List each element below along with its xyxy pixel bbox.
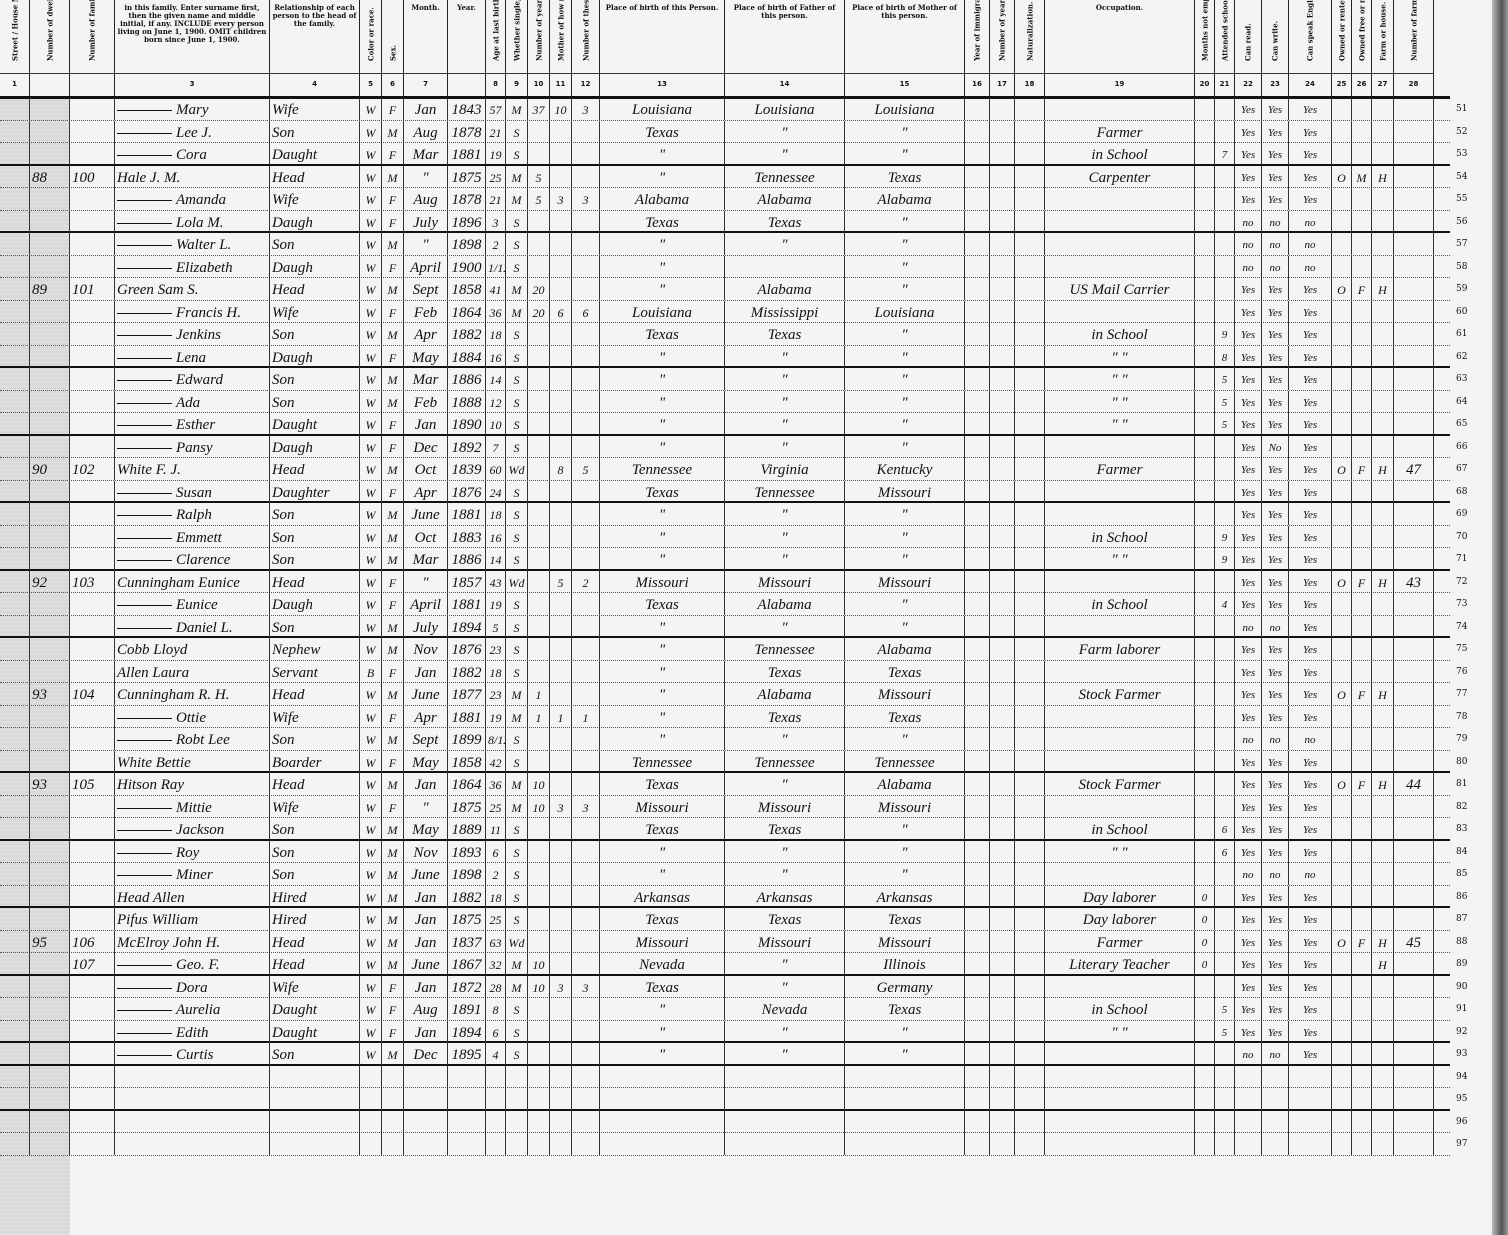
cell-yrsus [990, 976, 1015, 998]
cell-free [1352, 1066, 1372, 1088]
cell-eng: Yes [1289, 593, 1332, 615]
census-row: Lee J.SonWMAug187821STexas""FarmerYesYes… [0, 121, 1450, 144]
cell-fpob: " [725, 413, 845, 435]
cell-name: Lena [115, 346, 270, 368]
cell-age: 32 [486, 953, 506, 975]
cell-sex: F [382, 188, 404, 210]
column-header-label: Number of family, in t [88, 0, 97, 61]
cell-write: Yes [1262, 346, 1289, 368]
cell-occ: in School [1045, 998, 1195, 1020]
cell-year: 1898 [448, 863, 486, 885]
column-header-21: Attended school (in mo21 [1215, 0, 1235, 96]
cell-write: Yes [1262, 998, 1289, 1020]
cell-dwell [30, 998, 70, 1020]
cell-rel [270, 1066, 360, 1088]
cell-mpob [845, 1088, 965, 1110]
cell-fam [70, 301, 115, 323]
given-name: Curtis [176, 1047, 214, 1063]
cell-read: no [1235, 1043, 1262, 1065]
cell-own [1332, 98, 1352, 120]
cell-farm [1372, 796, 1394, 818]
cell-sex [382, 1066, 404, 1088]
cell-rel: Head [270, 931, 360, 953]
cell-sex: M [382, 323, 404, 345]
cell-sched [1394, 818, 1434, 840]
cell-yrsm [528, 571, 550, 593]
cell-free [1352, 998, 1372, 1020]
cell-street [0, 908, 30, 930]
cell-sched [1394, 863, 1434, 885]
cell-name: Ralph [115, 503, 270, 525]
cell-marital: S [506, 886, 528, 908]
cell-rel: Son [270, 1043, 360, 1065]
cell-mother [550, 616, 572, 638]
cell-rel: Daught [270, 998, 360, 1020]
cell-yrsus [990, 796, 1015, 818]
cell-notemp [1195, 728, 1215, 750]
cell-marital: S [506, 368, 528, 390]
column-header-label: Attended school (in mo [1220, 0, 1229, 61]
line-number: 77 [1456, 683, 1486, 705]
surname: Cunningham [117, 575, 198, 591]
cell-free [1352, 98, 1372, 120]
cell-farm [1372, 706, 1394, 728]
cell-dwell [30, 1088, 70, 1110]
cell-sched [1394, 593, 1434, 615]
given-name: Cora [176, 147, 207, 163]
cell-own [1332, 953, 1352, 975]
cell-own [1332, 998, 1352, 1020]
cell-living [572, 526, 600, 548]
cell-nat [1015, 1066, 1045, 1088]
cell-marital: Wd [506, 931, 528, 953]
cell-street [0, 526, 30, 548]
cell-yrsm [528, 256, 550, 278]
cell-living: 3 [572, 796, 600, 818]
cell-yrsus [990, 638, 1015, 660]
cell-notemp [1195, 391, 1215, 413]
census-row: CurtisSonWMDec18954S"""nonoYes93 [0, 1043, 1450, 1066]
given-name: Geo. F. [176, 957, 219, 973]
cell-yrsus [990, 953, 1015, 975]
cell-occ: " " [1045, 413, 1195, 435]
cell-farm [1372, 863, 1394, 885]
census-row: ClarenceSonWMMar188614S"""" "9YesYesYes7… [0, 548, 1450, 571]
cell-pob: Missouri [600, 571, 725, 593]
cell-eng: Yes [1289, 886, 1332, 908]
cell-mother [550, 526, 572, 548]
cell-age: 25 [486, 166, 506, 188]
cell-fpob: Louisiana [725, 98, 845, 120]
cell-notemp [1195, 571, 1215, 593]
census-row: EstherDaughtWFJan189010S"""" "5YesYesYes… [0, 413, 1450, 436]
cell-mpob: " [845, 1043, 965, 1065]
given-name: Lena [176, 350, 206, 366]
surname-ditto-dash [117, 740, 172, 741]
cell-rel: Daugh [270, 211, 360, 233]
column-header-label: Relationship of each person to the head … [272, 4, 357, 28]
cell-occ [1045, 188, 1195, 210]
cell-age: 2 [486, 233, 506, 255]
cell-race: W [360, 751, 382, 773]
line-number: 79 [1456, 728, 1486, 750]
census-row: 94 [0, 1066, 1450, 1089]
cell-street [0, 886, 30, 908]
cell-sex: F [382, 346, 404, 368]
column-header-label: Age at last birthday. [491, 0, 500, 61]
cell-fam [70, 863, 115, 885]
cell-sex: M [382, 773, 404, 795]
cell-read: Yes [1235, 548, 1262, 570]
cell-name: Cunningham R. H. [115, 683, 270, 705]
cell-mpob: " [845, 346, 965, 368]
cell-race: W [360, 458, 382, 480]
cell-nat [1015, 301, 1045, 323]
cell-fpob: " [725, 391, 845, 413]
cell-month: Nov [404, 638, 448, 660]
cell-dwell [30, 233, 70, 255]
cell-mpob [845, 1066, 965, 1088]
cell-marital: S [506, 211, 528, 233]
cell-marital: S [506, 751, 528, 773]
cell-sched [1394, 683, 1434, 705]
column-number: 5 [360, 73, 381, 92]
cell-fpob: Missouri [725, 571, 845, 593]
cell-own [1332, 301, 1352, 323]
cell-age: 41 [486, 278, 506, 300]
cell-race: W [360, 998, 382, 1020]
cell-rel: Daught [270, 143, 360, 165]
cell-eng: Yes [1289, 818, 1332, 840]
cell-nat [1015, 278, 1045, 300]
cell-living: 3 [572, 98, 600, 120]
cell-fam [70, 256, 115, 278]
cell-age: 23 [486, 683, 506, 705]
cell-fpob: Texas [725, 211, 845, 233]
cell-school [1215, 616, 1235, 638]
cell-eng: Yes [1289, 121, 1332, 143]
column-header-dwell: Number of dwelling hou [30, 0, 70, 96]
cell-mpob: Missouri [845, 931, 965, 953]
cell-name: Edith [115, 1021, 270, 1043]
cell-dwell [30, 751, 70, 773]
cell-school [1215, 256, 1235, 278]
cell-marital [506, 1088, 528, 1110]
cell-imm [965, 188, 990, 210]
cell-sched [1394, 301, 1434, 323]
cell-fam [70, 503, 115, 525]
cell-sched [1394, 188, 1434, 210]
cell-fam: 106 [70, 931, 115, 953]
cell-name: Roy [115, 841, 270, 863]
cell-name: Esther [115, 413, 270, 435]
cell-mpob: Missouri [845, 683, 965, 705]
surname: Green [117, 282, 158, 298]
cell-sex: M [382, 953, 404, 975]
cell-farm [1372, 1111, 1394, 1133]
cell-write: Yes [1262, 976, 1289, 998]
cell-rel: Head [270, 571, 360, 593]
cell-occ: " " [1045, 391, 1195, 413]
cell-marital: S [506, 863, 528, 885]
cell-sched [1394, 121, 1434, 143]
cell-fpob: " [725, 548, 845, 570]
surname-ditto-dash [117, 448, 172, 449]
cell-marital: S [506, 323, 528, 345]
cell-school [1215, 436, 1235, 458]
cell-marital: M [506, 796, 528, 818]
cell-sched [1394, 976, 1434, 998]
cell-sex: F [382, 436, 404, 458]
line-number: 91 [1456, 998, 1486, 1020]
cell-fpob: Texas [725, 706, 845, 728]
cell-read: Yes [1235, 526, 1262, 548]
cell-street [0, 346, 30, 368]
cell-notemp [1195, 706, 1215, 728]
cell-street [0, 571, 30, 593]
cell-yrsm [528, 998, 550, 1020]
cell-write: no [1262, 616, 1289, 638]
cell-yrsus [990, 256, 1015, 278]
cell-sched [1394, 211, 1434, 233]
cell-race: W [360, 683, 382, 705]
cell-living [572, 683, 600, 705]
cell-rel: Daught [270, 1021, 360, 1043]
cell-own [1332, 886, 1352, 908]
cell-yrsm: 20 [528, 278, 550, 300]
column-header-22: Can read.22 [1235, 0, 1262, 96]
cell-year: 1876 [448, 638, 486, 660]
cell-street [0, 976, 30, 998]
cell-occ: in School [1045, 593, 1195, 615]
cell-rel: Head [270, 278, 360, 300]
cell-notemp [1195, 188, 1215, 210]
cell-own [1332, 413, 1352, 435]
cell-yrsus [990, 436, 1015, 458]
cell-nat [1015, 346, 1045, 368]
cell-fam [70, 143, 115, 165]
cell-farm [1372, 638, 1394, 660]
line-number: 76 [1456, 661, 1486, 683]
column-number: 18 [1015, 73, 1044, 92]
given-name: Pansy [176, 440, 213, 456]
cell-marital: S [506, 413, 528, 435]
cell-mother: 8 [550, 458, 572, 480]
cell-school [1215, 976, 1235, 998]
cell-nat [1015, 436, 1045, 458]
cell-street [0, 98, 30, 120]
cell-write: Yes [1262, 661, 1289, 683]
cell-dwell [30, 211, 70, 233]
cell-street [0, 661, 30, 683]
column-header-14: Place of birth of Father of this person.… [725, 0, 845, 96]
cell-living [572, 166, 600, 188]
cell-eng: Yes [1289, 638, 1332, 660]
cell-age: 60 [486, 458, 506, 480]
cell-notemp [1195, 1021, 1215, 1043]
census-row: AmandaWifeWFAug187821M533AlabamaAlabamaA… [0, 188, 1450, 211]
cell-pob: Texas [600, 121, 725, 143]
given-name: Mary [176, 102, 209, 118]
cell-age: 12 [486, 391, 506, 413]
column-number: 11 [550, 73, 571, 92]
cell-write: Yes [1262, 481, 1289, 503]
cell-rel: Son [270, 548, 360, 570]
cell-write [1262, 1088, 1289, 1110]
column-number: 25 [1332, 73, 1351, 92]
cell-occ [1045, 256, 1195, 278]
cell-write: Yes [1262, 368, 1289, 390]
cell-mpob: Arkansas [845, 886, 965, 908]
cell-mpob: Germany [845, 976, 965, 998]
cell-month: Dec [404, 436, 448, 458]
cell-read: Yes [1235, 503, 1262, 525]
line-number: 85 [1456, 863, 1486, 885]
cell-eng [1289, 1088, 1332, 1110]
cell-name: Jackson [115, 818, 270, 840]
cell-yrsus [990, 571, 1015, 593]
cell-yrsm [528, 233, 550, 255]
given-name: Eunice [176, 597, 218, 613]
cell-imm [965, 278, 990, 300]
cell-mother: 1 [550, 706, 572, 728]
cell-imm [965, 728, 990, 750]
cell-read [1235, 1111, 1262, 1133]
cell-own [1332, 1133, 1352, 1155]
cell-mother: 3 [550, 976, 572, 998]
cell-mother [550, 751, 572, 773]
cell-occ: Farm laborer [1045, 638, 1195, 660]
cell-dwell [30, 436, 70, 458]
cell-pob: " [600, 841, 725, 863]
cell-dwell [30, 886, 70, 908]
cell-write: Yes [1262, 413, 1289, 435]
cell-occ [1045, 301, 1195, 323]
cell-rel: Son [270, 863, 360, 885]
column-number: 7 [404, 73, 447, 92]
cell-month: Jan [404, 661, 448, 683]
cell-imm [965, 953, 990, 975]
cell-month: Oct [404, 458, 448, 480]
cell-fam [70, 908, 115, 930]
cell-read: Yes [1235, 593, 1262, 615]
cell-imm [965, 323, 990, 345]
cell-fpob: Tennessee [725, 638, 845, 660]
cell-mpob: Alabama [845, 638, 965, 660]
cell-eng: Yes [1289, 413, 1332, 435]
cell-imm [965, 706, 990, 728]
cell-nat [1015, 841, 1045, 863]
cell-month: Jan [404, 976, 448, 998]
cell-marital: M [506, 953, 528, 975]
cell-mother [550, 346, 572, 368]
cell-age: 19 [486, 706, 506, 728]
cell-own [1332, 706, 1352, 728]
cell-yrsus [990, 233, 1015, 255]
cell-name: Hitson Ray [115, 773, 270, 795]
cell-sched [1394, 706, 1434, 728]
cell-yrsm: 10 [528, 953, 550, 975]
given-name: Laura [152, 665, 189, 681]
column-header-band: Street / House Number1Number of dwelling… [0, 0, 1450, 99]
cell-race: W [360, 818, 382, 840]
line-number: 54 [1456, 166, 1486, 188]
cell-rel [270, 1088, 360, 1110]
cell-free [1352, 526, 1372, 548]
cell-pob [600, 1088, 725, 1110]
cell-street [0, 301, 30, 323]
cell-fpob [725, 1066, 845, 1088]
cell-free [1352, 1088, 1372, 1110]
cell-write: Yes [1262, 143, 1289, 165]
cell-mpob: " [845, 436, 965, 458]
cell-own [1332, 233, 1352, 255]
cell-race: W [360, 796, 382, 818]
given-name: R. H. [198, 687, 229, 703]
cell-sched: 43 [1394, 571, 1434, 593]
given-name: Lee J. [176, 125, 212, 141]
cell-sched [1394, 323, 1434, 345]
cell-eng: Yes [1289, 841, 1332, 863]
cell-sex: M [382, 166, 404, 188]
cell-write: Yes [1262, 548, 1289, 570]
cell-name: Clarence [115, 548, 270, 570]
line-number: 63 [1456, 368, 1486, 390]
cell-notemp [1195, 841, 1215, 863]
cell-mother [550, 661, 572, 683]
cell-farm [1372, 323, 1394, 345]
cell-read: Yes [1235, 346, 1262, 368]
cell-yrsus [990, 323, 1015, 345]
cell-own [1332, 751, 1352, 773]
cell-write: Yes [1262, 301, 1289, 323]
surname-ditto-dash [117, 133, 172, 134]
cell-rel: Hired [270, 886, 360, 908]
cell-living [572, 886, 600, 908]
cell-imm [965, 931, 990, 953]
cell-eng: Yes [1289, 908, 1332, 930]
cell-farm [1372, 908, 1394, 930]
cell-nat [1015, 1133, 1045, 1155]
cell-sched [1394, 436, 1434, 458]
cell-imm [965, 773, 990, 795]
cell-farm [1372, 391, 1394, 413]
cell-age: 18 [486, 886, 506, 908]
cell-sched [1394, 998, 1434, 1020]
cell-rel: Wife [270, 301, 360, 323]
cell-sched [1394, 413, 1434, 435]
cell-sched [1394, 1021, 1434, 1043]
given-name: Susan [176, 485, 212, 501]
cell-dwell [30, 616, 70, 638]
cell-read: Yes [1235, 121, 1262, 143]
column-header-16: Year of immigration to16 [965, 0, 990, 96]
cell-own [1332, 863, 1352, 885]
cell-nat [1015, 481, 1045, 503]
cell-occ [1045, 503, 1195, 525]
line-number: 53 [1456, 143, 1486, 165]
cell-fam [70, 188, 115, 210]
given-name: Robt Lee [176, 732, 230, 748]
cell-mpob: " [845, 323, 965, 345]
cell-write: Yes [1262, 773, 1289, 795]
cell-yrsm [528, 526, 550, 548]
cell-year: 1872 [448, 976, 486, 998]
column-header-label: Owned free or mortgage [1357, 0, 1366, 61]
cell-farm [1372, 818, 1394, 840]
cell-rel: Son [270, 503, 360, 525]
given-name: Daniel L. [176, 620, 233, 636]
